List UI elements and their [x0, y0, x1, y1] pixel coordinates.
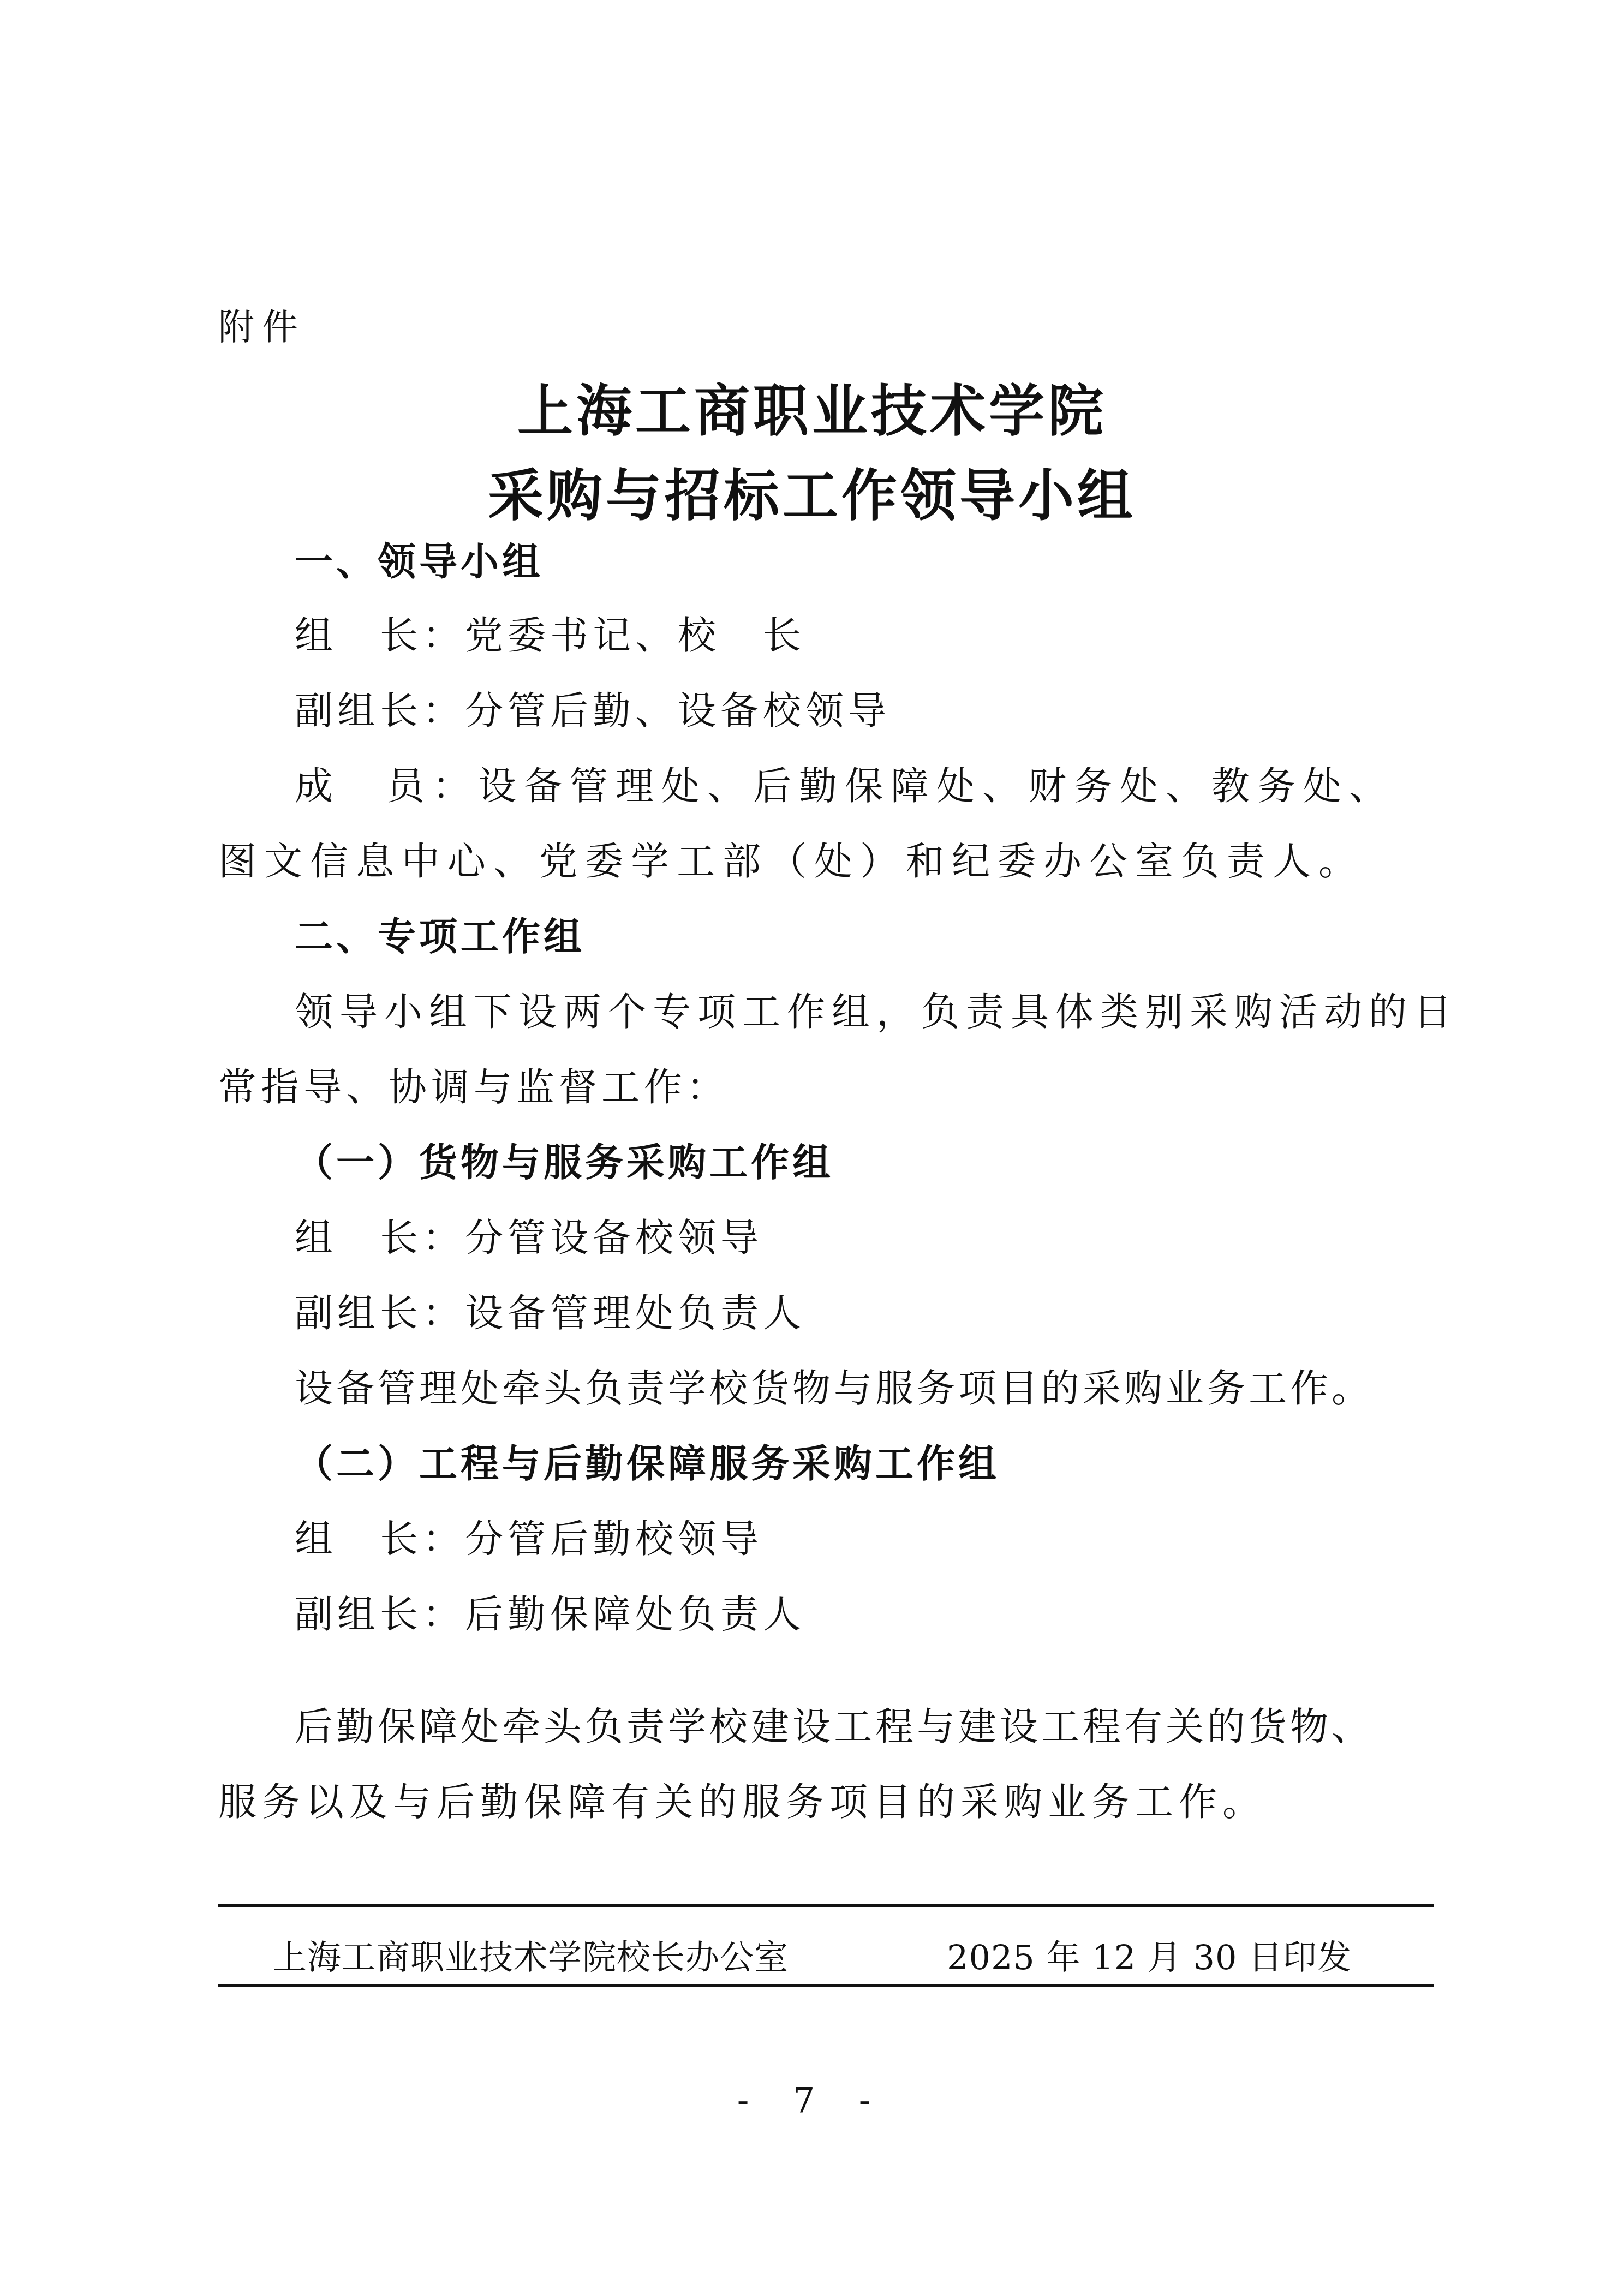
group1-heading: （一）货物与服务采购工作组	[295, 1138, 834, 1187]
page-title-line1: 上海工商职业技术学院	[0, 376, 1624, 447]
group2-deputy: 副组长：后勤保障处负责人	[295, 1590, 805, 1639]
attachment-label: 附件	[218, 303, 306, 352]
page-title-line2: 采购与招标工作领导小组	[0, 461, 1624, 532]
footer-top-rule	[218, 1904, 1434, 1907]
section2-intro-line1: 领导小组下设两个专项工作组，负责具体类别采购活动的日	[295, 988, 1458, 1037]
section2-intro-line2: 常指导、协调与监督工作：	[218, 1063, 729, 1112]
section1-members-line2: 图文信息中心、党委学工部（处）和纪委办公室负责人。	[218, 837, 1364, 886]
section1-members-line1: 成 员：设备管理处、后勤保障处、财务处、教务处、	[295, 762, 1395, 811]
section1-deputy: 副组长：分管后勤、设备校领导	[295, 686, 891, 736]
group2-duty-line2: 服务以及与后勤保障有关的服务项目的采购业务工作。	[218, 1778, 1266, 1827]
group2-leader: 组 长：分管后勤校领导	[295, 1515, 763, 1564]
section2-heading: 二、专项工作组	[295, 912, 585, 961]
document-page: 附件 上海工商职业技术学院 采购与招标工作领导小组 一、领导小组 组 长：党委书…	[0, 0, 1624, 2296]
page-number: - 7 -	[0, 2079, 1624, 2122]
section1-heading: 一、领导小组	[295, 537, 544, 587]
footer-issuer: 上海工商职业技术学院校长办公室	[273, 1936, 789, 1980]
footer-date: 2025 年 12 月 30 日印发	[947, 1936, 1352, 1980]
group1-leader: 组 长：分管设备校领导	[295, 1213, 763, 1263]
group2-duty-line1: 后勤保障处牵头负责学校建设工程与建设工程有关的货物、	[295, 1702, 1373, 1751]
group2-heading: （二）工程与后勤保障服务采购工作组	[295, 1439, 1000, 1488]
footer-bottom-rule	[218, 1984, 1434, 1987]
group1-duty: 设备管理处牵头负责学校货物与服务项目的采购业务工作。	[295, 1364, 1373, 1413]
group1-deputy: 副组长：设备管理处负责人	[295, 1289, 805, 1338]
section1-leader: 组 长：党委书记、校 长	[295, 611, 805, 660]
